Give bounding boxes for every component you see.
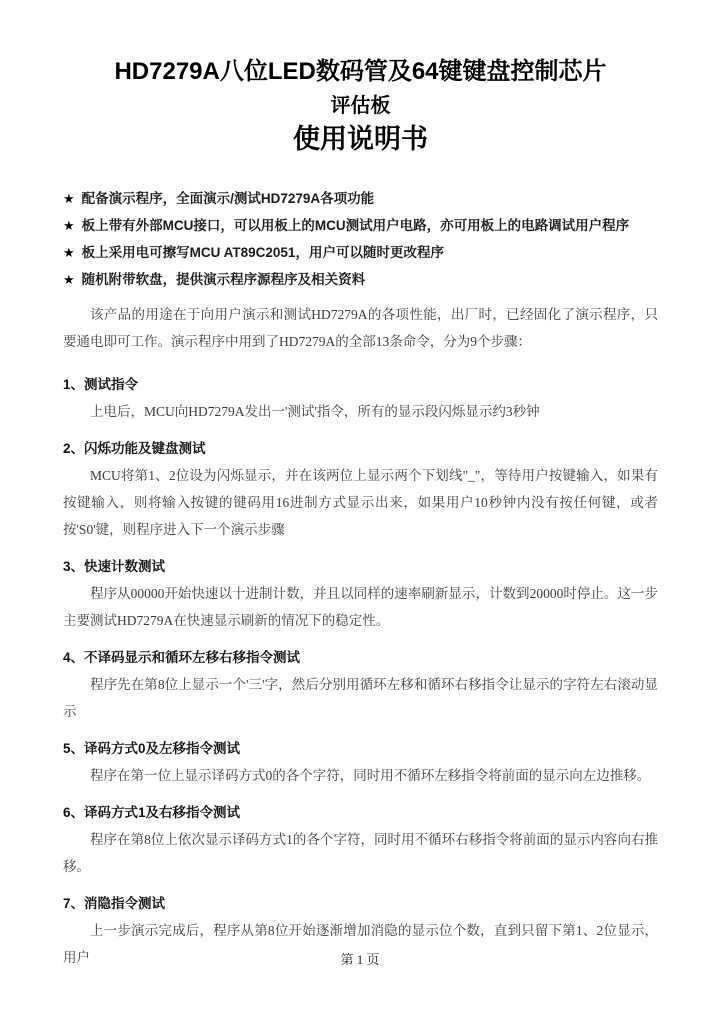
section-heading: 7、消隐指令测试: [63, 890, 658, 917]
feature-text: 板上带有外部MCU接口，可以用板上的MCU测试用户电路，亦可用板上的电路调试用户…: [82, 218, 630, 233]
section: 6、译码方式1及右移指令测试 程序在第8位上依次显示译码方式1的各个字符，同时用…: [63, 799, 658, 880]
page-title: HD7279A八位LED数码管及64键键盘控制芯片: [63, 56, 658, 87]
section-heading: 1、测试指令: [63, 371, 658, 398]
section-body: MCU将第1、2位设为闪烁显示，并在该两位上显示两个下划线"_"，等待用户按键输…: [63, 462, 658, 543]
page-number: 第 1 页: [0, 949, 720, 968]
section-body: 程序在第一位上显示译码方式0的各个字符，同时用不循环左移指令将前面的显示向左边推…: [63, 762, 658, 789]
feature-item: ★随机附带软盘，提供演示程序源程序及相关资料: [63, 266, 658, 293]
feature-item: ★板上采用电可擦写MCU AT89C2051，用户可以随时更改程序: [63, 239, 658, 266]
section-heading: 3、快速计数测试: [63, 553, 658, 580]
section-heading: 6、译码方式1及右移指令测试: [63, 799, 658, 826]
star-icon: ★: [63, 272, 75, 287]
title-block: HD7279A八位LED数码管及64键键盘控制芯片 评估板 使用说明书: [63, 56, 658, 156]
feature-list: ★配备演示程序，全面演示/测试HD7279A各项功能 ★板上带有外部MCU接口，…: [63, 185, 658, 293]
feature-text: 板上采用电可擦写MCU AT89C2051，用户可以随时更改程序: [82, 245, 444, 260]
star-icon: ★: [63, 245, 75, 260]
section: 3、快速计数测试 程序从00000开始快速以十进制计数，并且以同样的速率刷新显示…: [63, 553, 658, 634]
page-content: HD7279A八位LED数码管及64键键盘控制芯片 评估板 使用说明书 ★配备演…: [0, 0, 720, 971]
section-body: 上电后，MCU向HD7279A发出一'测试'指令，所有的显示段闪烁显示约3秒钟: [63, 398, 658, 425]
feature-item: ★板上带有外部MCU接口，可以用板上的MCU测试用户电路，亦可用板上的电路调试用…: [63, 212, 658, 239]
section-body: 程序从00000开始快速以十进制计数，并且以同样的速率刷新显示，计数到20000…: [63, 580, 658, 634]
intro-paragraph: 该产品的用途在于向用户演示和测试HD7279A的各项性能，出厂时，已经固化了演示…: [63, 301, 658, 355]
section-heading: 4、不译码显示和循环左移右移指令测试: [63, 644, 658, 671]
document-page: HD7279A八位LED数码管及64键键盘控制芯片 评估板 使用说明书 ★配备演…: [0, 0, 720, 1012]
feature-text: 随机附带软盘，提供演示程序源程序及相关资料: [82, 272, 366, 287]
section-body: 程序先在第8位上显示一个'三'字，然后分别用循环左移和循环右移指令让显示的字符左…: [63, 671, 658, 725]
document-type-title: 使用说明书: [63, 123, 658, 156]
section: 2、闪烁功能及键盘测试 MCU将第1、2位设为闪烁显示，并在该两位上显示两个下划…: [63, 435, 658, 543]
section-heading: 2、闪烁功能及键盘测试: [63, 435, 658, 462]
feature-text: 配备演示程序，全面演示/测试HD7279A各项功能: [82, 191, 375, 206]
section: 5、译码方式0及左移指令测试 程序在第一位上显示译码方式0的各个字符，同时用不循…: [63, 735, 658, 789]
star-icon: ★: [63, 191, 75, 206]
page-subtitle: 评估板: [63, 92, 658, 120]
section-heading: 5、译码方式0及左移指令测试: [63, 735, 658, 762]
section: 1、测试指令 上电后，MCU向HD7279A发出一'测试'指令，所有的显示段闪烁…: [63, 371, 658, 425]
star-icon: ★: [63, 218, 75, 233]
feature-item: ★配备演示程序，全面演示/测试HD7279A各项功能: [63, 185, 658, 212]
section-list: 1、测试指令 上电后，MCU向HD7279A发出一'测试'指令，所有的显示段闪烁…: [63, 371, 658, 971]
section: 4、不译码显示和循环左移右移指令测试 程序先在第8位上显示一个'三'字，然后分别…: [63, 644, 658, 725]
section-body: 程序在第8位上依次显示译码方式1的各个字符，同时用不循环右移指令将前面的显示内容…: [63, 826, 658, 880]
